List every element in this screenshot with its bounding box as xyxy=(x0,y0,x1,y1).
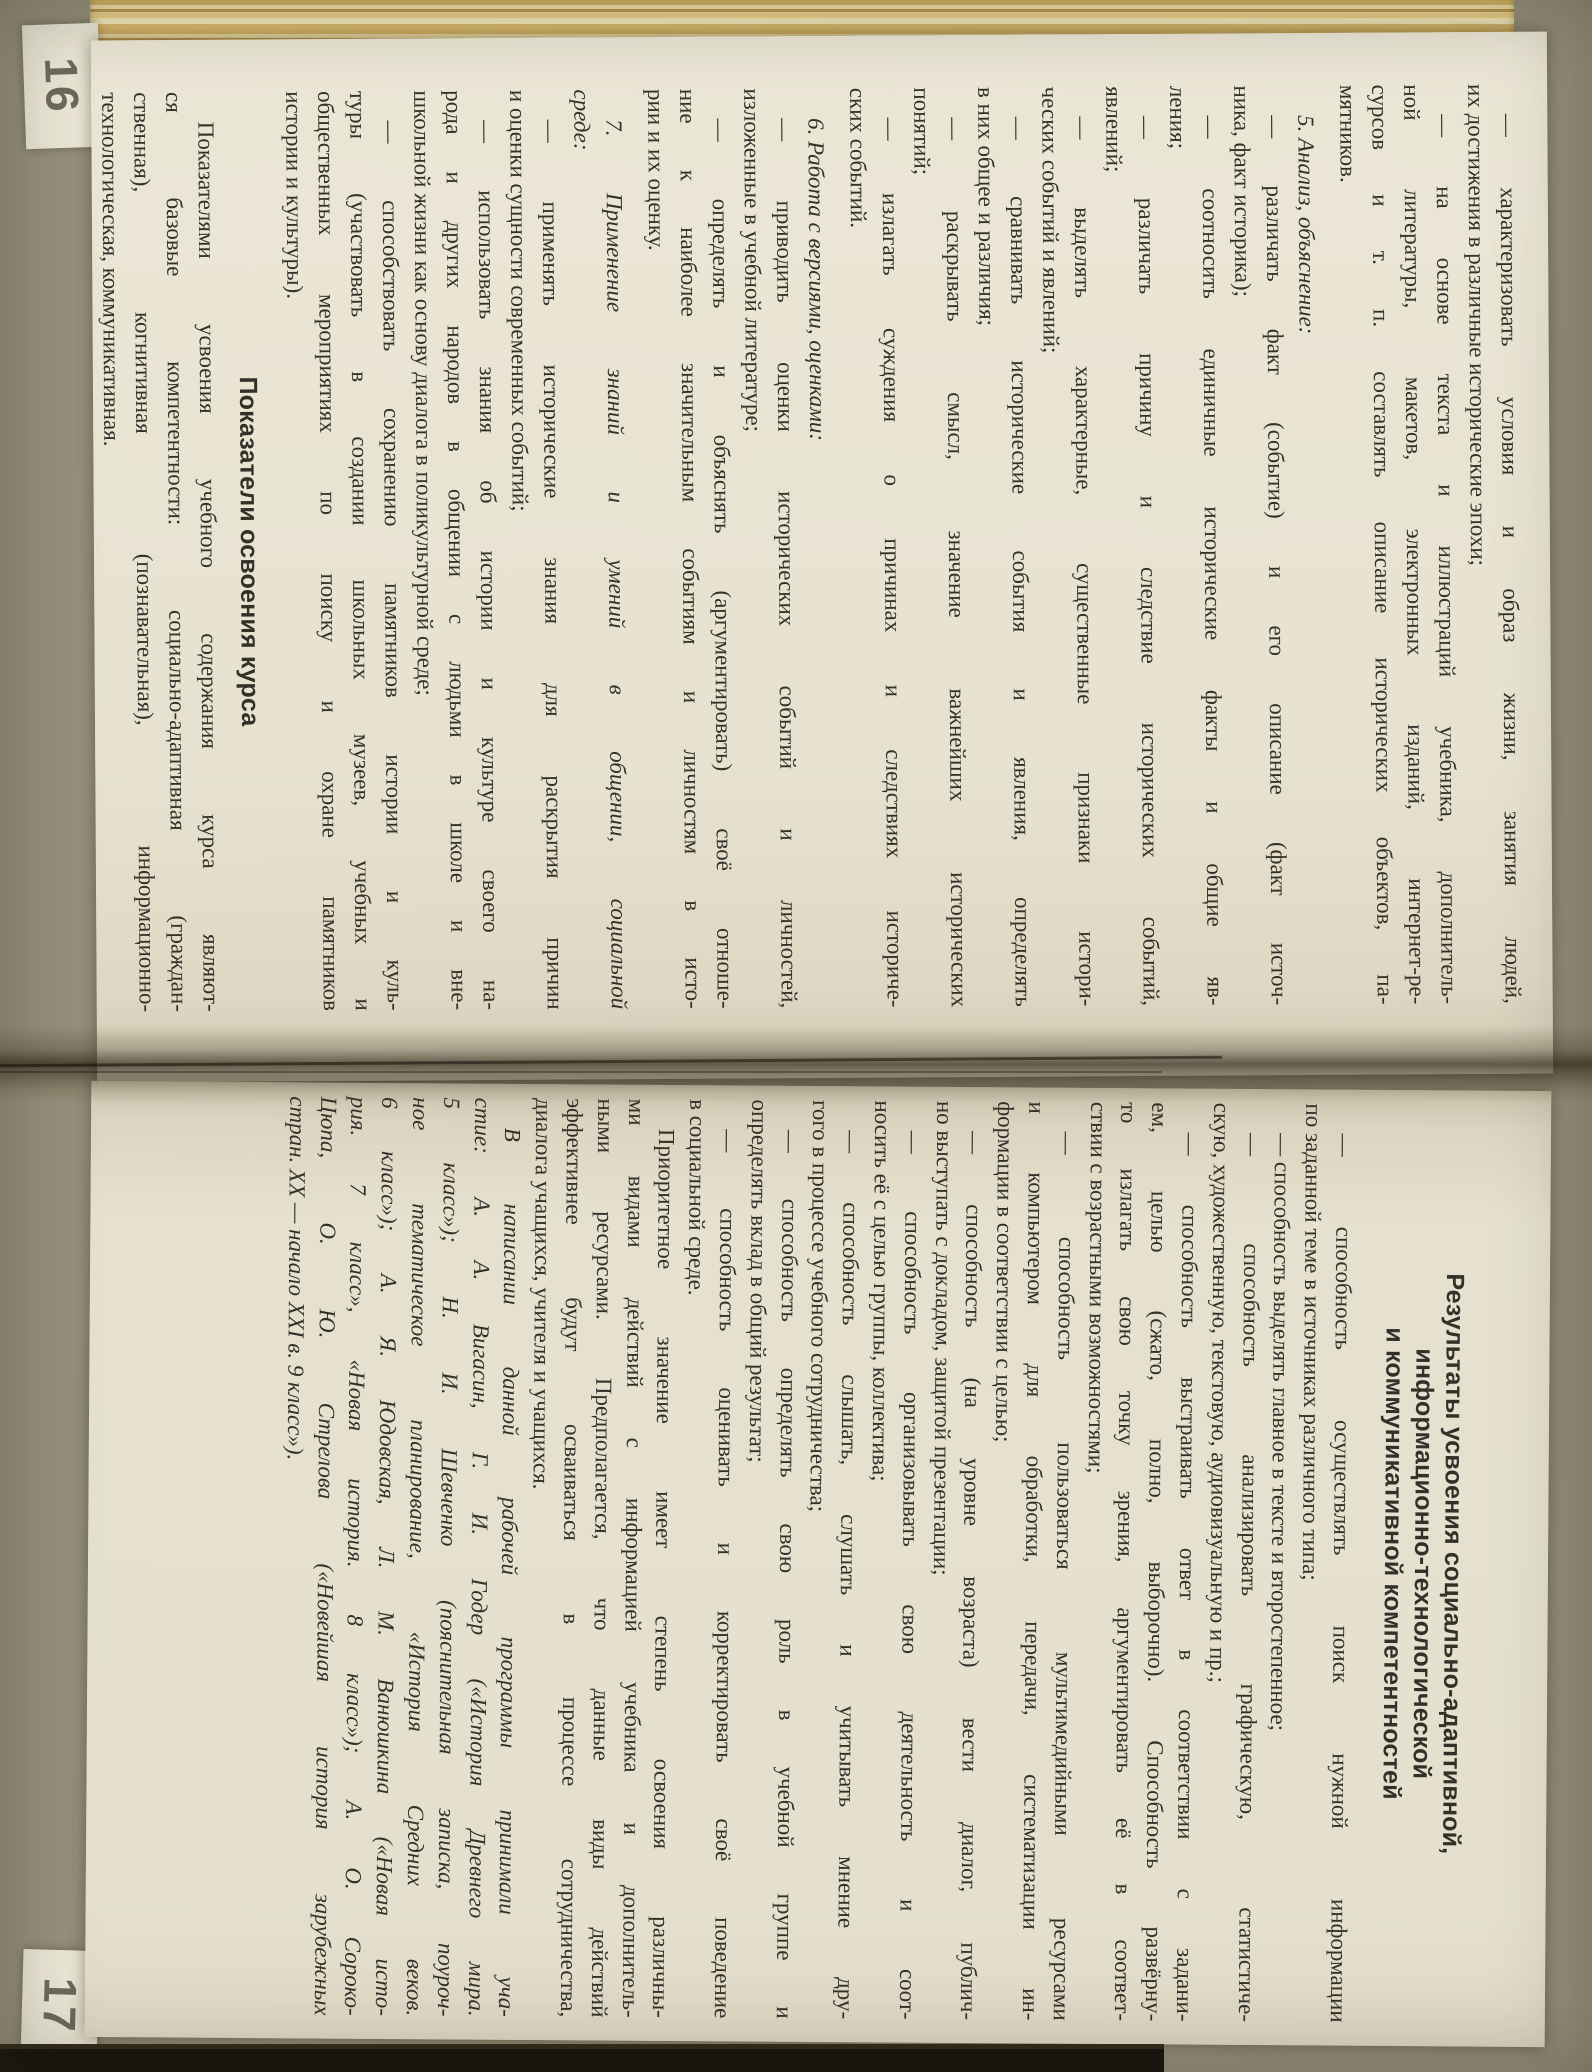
text-line: — способность осуществлять поиск нужной … xyxy=(1322,1104,1359,2023)
paragraph-block: Показателями усвоения учебного содержани… xyxy=(93,92,227,1013)
text-line: в них общее и различия; xyxy=(969,87,1007,1007)
text-line: — выделять характерные, существенные при… xyxy=(1065,86,1103,1006)
page-17-text: Результаты усвоения социально-адаптивной… xyxy=(275,1096,1471,2023)
text-line: Приоритетное значение имеет степень осво… xyxy=(644,1099,681,2018)
text-line: 5. Анализ, объяснение: xyxy=(1289,85,1327,1005)
text-line: технологическая, коммуникативная. xyxy=(93,92,131,1012)
text-line: изложенные в учебной литературе; xyxy=(735,88,773,1008)
text-line: их достижения в различные исторические э… xyxy=(1459,84,1497,1004)
text-line: — способность выделять главное в тексте … xyxy=(1260,1103,1297,2022)
section-heading: Результаты усвоения социально-адаптивной… xyxy=(1375,1104,1471,2024)
text-line: 5 класс»); Н. И. Шевченко (пояснительная… xyxy=(429,1097,466,2016)
text-line: Показателями усвоения учебного содержани… xyxy=(189,92,227,1012)
book-cover-edge xyxy=(0,2044,1164,2072)
text-line: ственная), когнитивная (познавательная),… xyxy=(125,92,163,1012)
text-line: Результаты усвоения социально-адаптивной… xyxy=(1435,1104,1471,2023)
text-line: — определять и объяснять (аргументироват… xyxy=(703,89,741,1009)
text-line: ными ресурсами. Предполагается, что данн… xyxy=(583,1098,620,2017)
text-line: рии и их оценку. xyxy=(639,89,677,1009)
paragraph-block: В написании данной рабочей программы при… xyxy=(275,1096,528,2017)
text-line: — излагать суждения о причинах и следств… xyxy=(873,87,911,1007)
book-scan: 16 17 — характеризовать условия и образ … xyxy=(0,0,1592,2072)
section-heading: Показатели освоения курса xyxy=(231,91,267,1011)
text-line: В написании данной рабочей программы при… xyxy=(491,1098,528,2017)
page-16: — характеризовать условия и образ жизни,… xyxy=(91,32,1553,1083)
text-line: ной литературы, макетов, электронных изд… xyxy=(1395,84,1433,1004)
text-line: и оценки сущности современных событий; xyxy=(501,90,539,1010)
text-line: — различать причину и следствие историче… xyxy=(1129,86,1167,1006)
text-line: 7. Применение знаний и умений в общении,… xyxy=(597,89,635,1009)
text-line: — на основе текста и иллюстраций учебник… xyxy=(1427,84,1465,1004)
text-line: — способность выстраивать ответ в соотве… xyxy=(1168,1102,1205,2021)
text-line: ских событий. xyxy=(841,88,879,1008)
text-line: школьной жизни как основу диалога в поли… xyxy=(405,90,443,1010)
text-line: ми видами действий с информацией учебник… xyxy=(614,1099,651,2018)
paragraph-block: — характеризовать условия и образ жизни,… xyxy=(277,84,1529,1012)
text-line: общественных мероприятиях по поиску и ох… xyxy=(309,91,347,1011)
text-line: сурсов и т. п. составлять описание истор… xyxy=(1363,84,1401,1004)
page-spread: 16 17 — характеризовать условия и образ … xyxy=(0,0,1592,2072)
text-line: ние к наиболее значительным событиям и л… xyxy=(671,89,709,1009)
text-line: — способность слышать, слушать и учитыва… xyxy=(829,1100,866,2019)
text-line: ника, факт историка); xyxy=(1225,85,1263,1005)
page-16-text: — характеризовать условия и образ жизни,… xyxy=(93,84,1529,1013)
text-line: Показатели освоения курса xyxy=(231,91,267,1011)
text-line: — способность анализировать графическую,… xyxy=(1230,1103,1267,2022)
text-line: — соотносить единичные исторические факт… xyxy=(1193,86,1231,1006)
text-line: — использовать знания об истории и культ… xyxy=(469,90,507,1010)
text-line: — приводить оценки исторических событий … xyxy=(767,88,805,1008)
text-line: туры (участвовать в создании школьных му… xyxy=(341,91,379,1011)
text-line: — применять исторические знания для раск… xyxy=(533,90,571,1010)
text-line: рода и других народов в общении с людьми… xyxy=(437,90,475,1010)
text-line: — способствовать сохранению памятников и… xyxy=(373,91,411,1011)
page-17: Результаты усвоения социально-адаптивной… xyxy=(85,1081,1552,2047)
text-line: — различать факт (событие) и его описани… xyxy=(1257,85,1295,1005)
text-line: Цюпа, О. Ю. Стрелова («Новейшая история … xyxy=(306,1096,343,2015)
text-line: 6. Работа с версиями, оценками: xyxy=(799,88,837,1008)
text-line: — характеризовать условия и образ жизни,… xyxy=(1491,84,1529,1004)
paragraph-block: — способность осуществлять поиск нужной … xyxy=(521,1098,1359,2023)
text-line: информационно-технологической xyxy=(1405,1104,1441,2023)
text-line: ное тематическое планирование, «История … xyxy=(398,1097,435,2016)
text-line: — раскрывать смысл, значение важнейших и… xyxy=(937,87,975,1007)
text-line: — способность пользоваться мультимедийны… xyxy=(1045,1102,1082,2021)
text-line: истории и культуры). xyxy=(277,91,315,1011)
text-line: — способность определять свою роль в уче… xyxy=(768,1100,805,2019)
text-line: — способность организовывать свою деятел… xyxy=(891,1101,928,2020)
text-line: и коммуникативной компетентностей xyxy=(1375,1104,1411,2023)
text-line: эффективнее будут осваиваться в процессе… xyxy=(552,1098,589,2017)
text-line: — способность (на уровне возраста) вести… xyxy=(952,1101,989,2020)
text-line: — способность оценивать и корректировать… xyxy=(706,1099,743,2018)
text-line: ся базовые компетентности: социально-ада… xyxy=(157,92,195,1012)
text-line: — сравнивать исторические события и явле… xyxy=(1001,87,1039,1007)
text-line: и компьютером для обработки, передачи, с… xyxy=(1014,1101,1051,2020)
text-line: ческих событий и явлений; xyxy=(1033,87,1071,1007)
text-line: стие: А. А. Вигасин, Г. И. Годер («Истор… xyxy=(460,1098,497,2017)
